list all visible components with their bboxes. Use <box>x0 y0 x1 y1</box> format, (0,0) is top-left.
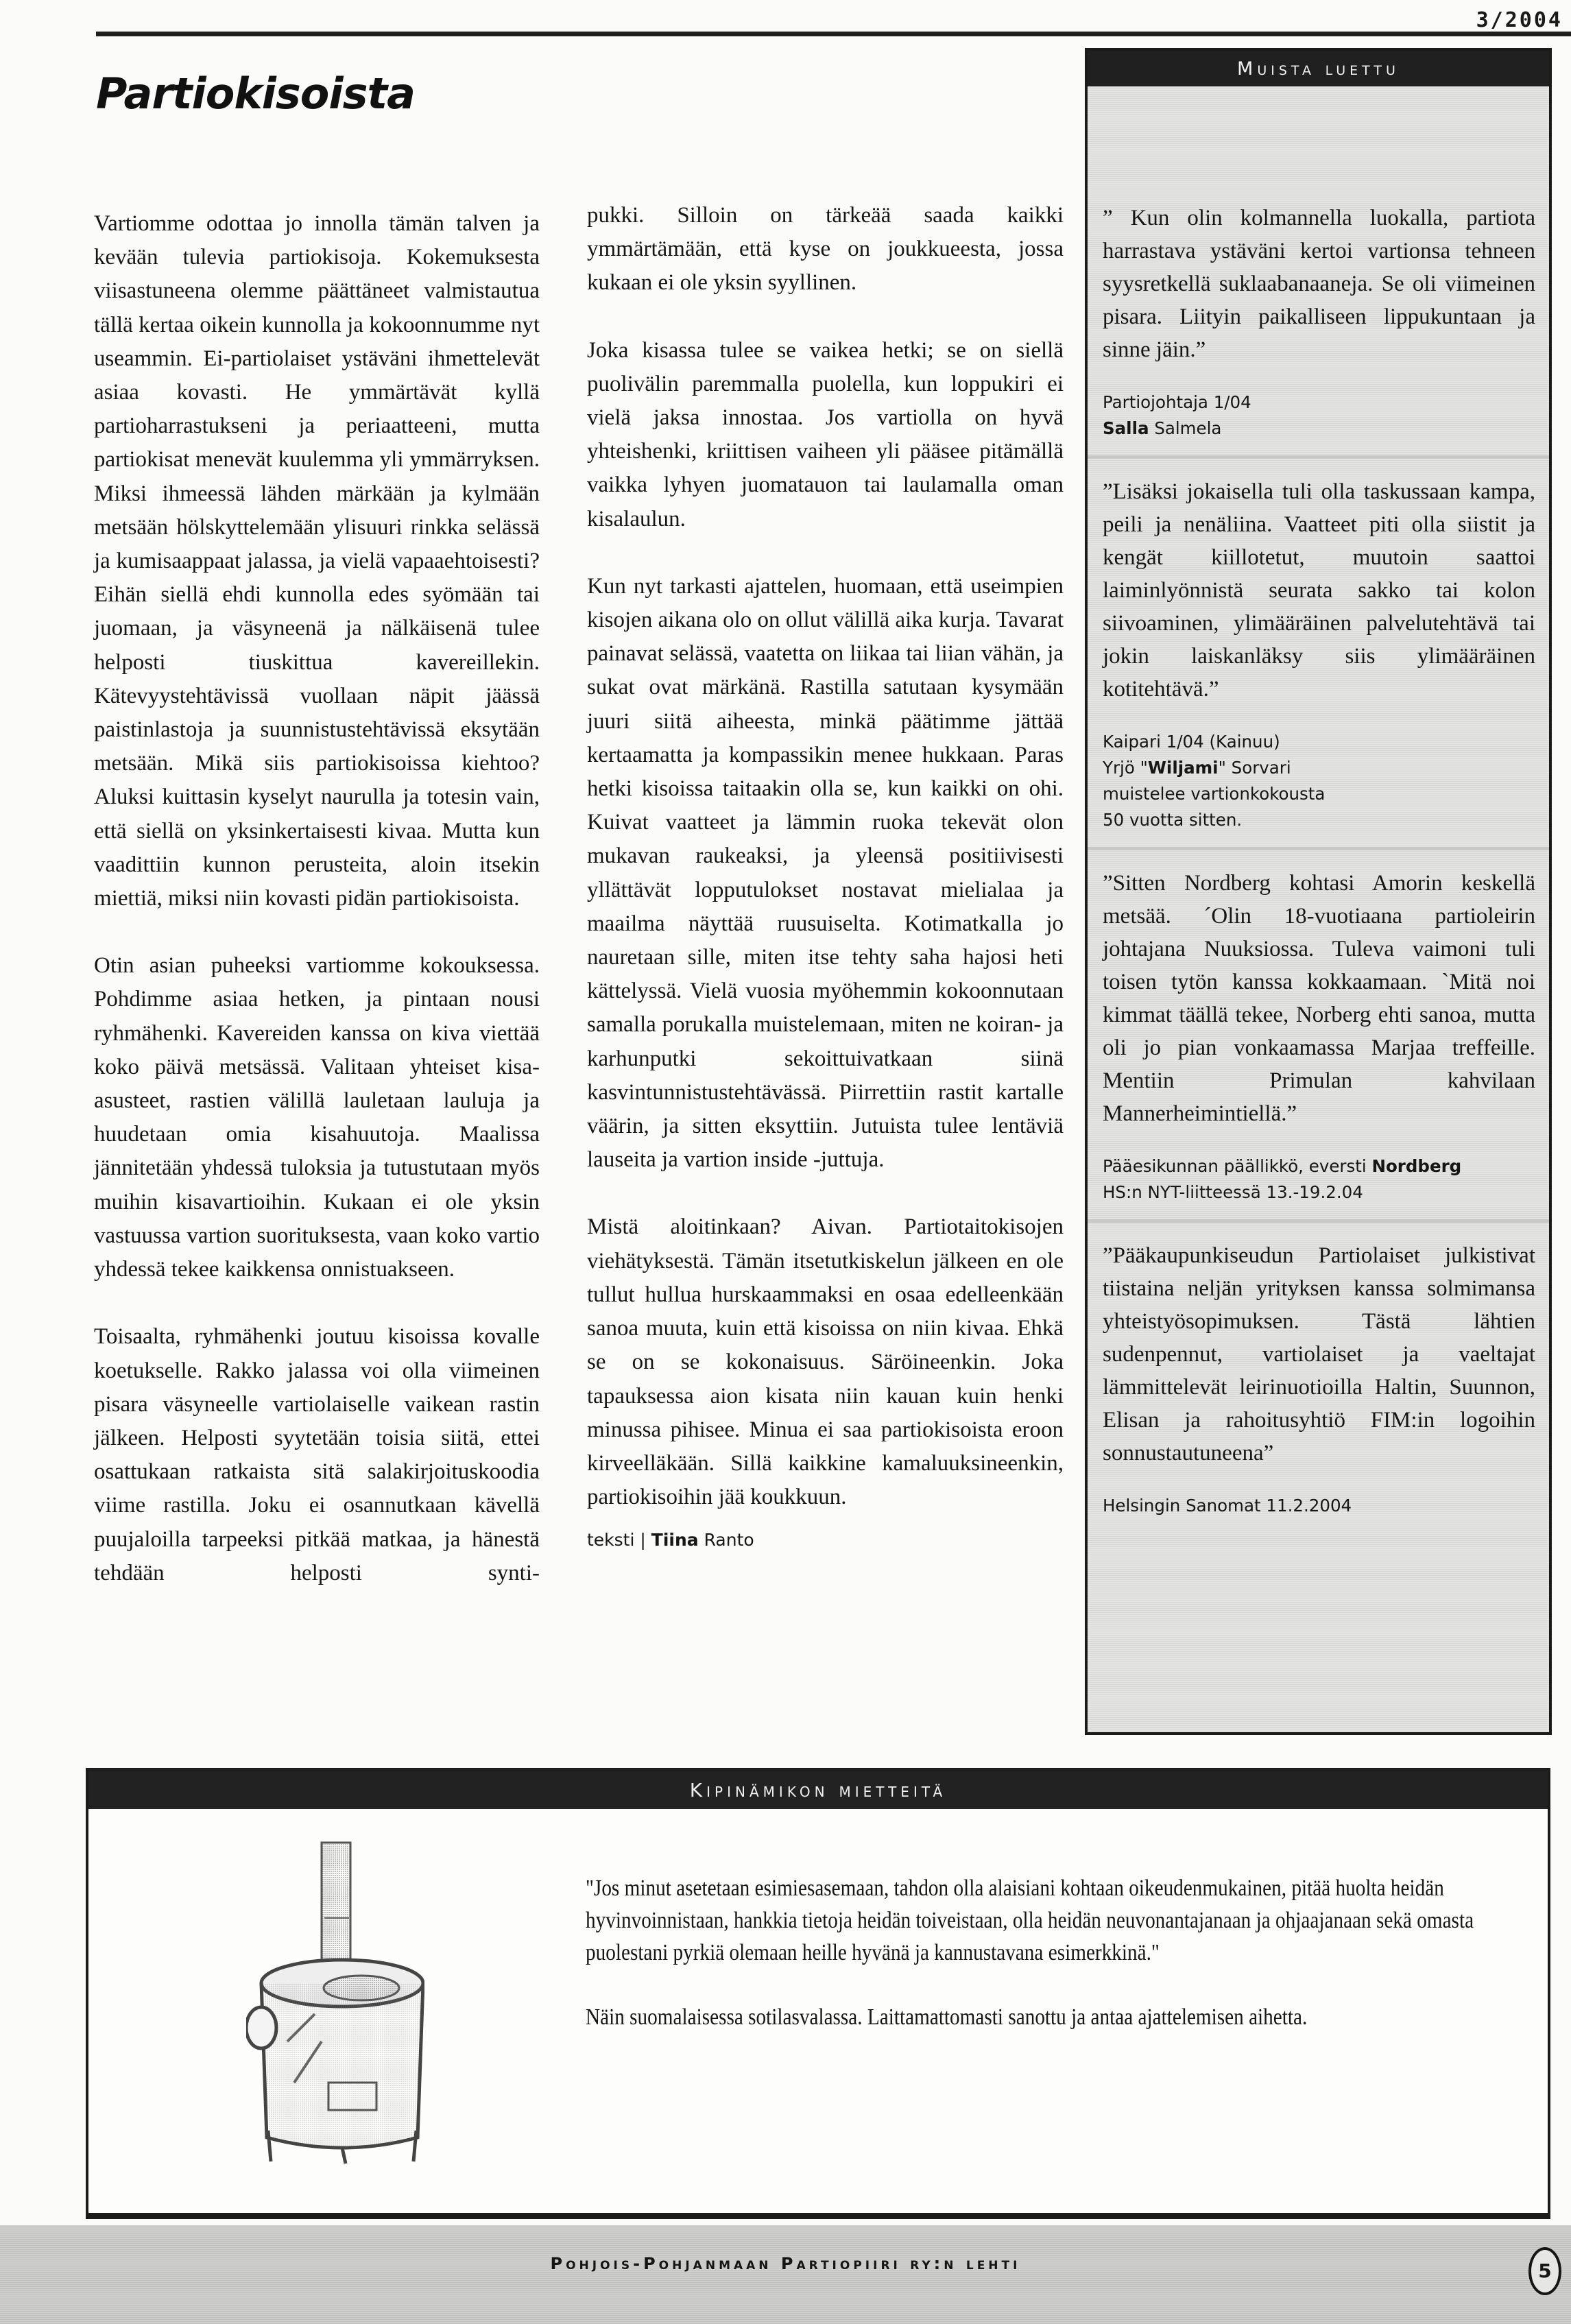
author-last-name: Ranto <box>704 1530 754 1550</box>
byline-label: teksti | <box>587 1530 646 1550</box>
source-publication: Partiojohtaja 1/04 <box>1103 392 1251 412</box>
source-name-bold: Nordberg <box>1371 1156 1461 1176</box>
source-publication: Kaipari 1/04 (Kainuu) <box>1103 732 1280 752</box>
kipinamikko-text: "Jos minut asetetaan esimiesasemaan, tah… <box>586 1872 1523 2065</box>
page-number: 5 <box>1528 2247 1561 2295</box>
article-paragraph: Otin asian puheeksi vartiomme kokouksess… <box>94 949 540 1286</box>
article-paragraph: Vartiomme odottaa jo innolla tämän talve… <box>94 207 540 915</box>
quote-source: Kaipari 1/04 (Kainuu) Yrjö "Wiljami" Sor… <box>1103 729 1535 833</box>
article-paragraph: Joka kisassa tulee se vaikea hetki; se o… <box>587 334 1064 536</box>
quote-source: Partiojohtaja 1/04 Salla Salmela <box>1103 390 1535 442</box>
kipinamikko-title: Kipinämikon mietteitä <box>88 1771 1548 1809</box>
stove-sketch-icon <box>246 1836 424 2165</box>
header-rule <box>96 32 1571 36</box>
author-first-name: Tiina <box>651 1530 699 1550</box>
sidebar-title: Muista luettu <box>1088 51 1549 86</box>
kipinamikko-comment: Näin suomalaisessa sotilasvalassa. Laitt… <box>586 2001 1523 2033</box>
source-publication: Helsingin Sanomat 11.2.2004 <box>1103 1496 1352 1516</box>
source-name: " Sorvari <box>1219 758 1291 778</box>
issue-number: 3/2004 <box>1476 8 1563 32</box>
sidebar-muista-luettu: Muista luettu ” Kun olin kolmannella luo… <box>1085 48 1552 1735</box>
quote-text: ”Pääkaupunkiseudun Partiolaiset julkisti… <box>1103 1239 1535 1470</box>
source-note: muistelee vartionkokousta <box>1103 784 1325 804</box>
article-paragraph: Toisaalta, ryhmähenki joutuu kisoissa ko… <box>94 1320 540 1590</box>
kipinamikko-box: Kipinämikon mietteitä "Jos minut aseteta… <box>86 1768 1550 2219</box>
source-name-bold: Salla <box>1103 418 1149 438</box>
article-column-2: pukki. Silloin on tärkeää saada kaikki y… <box>587 199 1064 1554</box>
source-publication: HS:n NYT-liitteessä 13.-19.2.04 <box>1103 1182 1363 1202</box>
source-name: Pääesikunnan päällikkö, eversti <box>1103 1156 1367 1176</box>
sidebar-quote: ”Lisäksi jokaisella tuli olla taskussaan… <box>1088 455 1549 847</box>
quote-text: ”Sitten Nordberg kohtasi Amorin keskellä… <box>1103 867 1535 1130</box>
kipinamikko-quote: "Jos minut asetetaan esimiesasemaan, tah… <box>586 1872 1523 1969</box>
article-paragraph: pukki. Silloin on tärkeää saada kaikki y… <box>587 199 1064 300</box>
quote-text: ” Kun olin kolmannella luokalla, partiot… <box>1103 202 1535 366</box>
article-paragraph: Kun nyt tarkasti ajattelen, huomaan, ett… <box>587 570 1064 1177</box>
page-footer: Pohjois-Pohjanmaan Partiopiiri ry:n leht… <box>0 2225 1571 2324</box>
article-column-1: Vartiomme odottaa jo innolla tämän talve… <box>94 207 540 1624</box>
article-title: Partiokisoista <box>96 69 415 119</box>
publication-name: Pohjois-Pohjanmaan Partiopiiri ry:n leht… <box>0 2254 1571 2273</box>
quote-source: Helsingin Sanomat 11.2.2004 <box>1103 1493 1535 1519</box>
source-note: 50 vuotta sitten. <box>1103 810 1242 830</box>
article-paragraph: Mistä aloitinkaan? Aivan. Partiotaitokis… <box>587 1210 1064 1514</box>
quote-text: ”Lisäksi jokaisella tuli olla taskussaan… <box>1103 475 1535 706</box>
sidebar-quote: ”Sitten Nordberg kohtasi Amorin keskellä… <box>1088 847 1549 1219</box>
quote-source: Pääesikunnan päällikkö, eversti Nordberg… <box>1103 1153 1535 1206</box>
sidebar-quote: ” Kun olin kolmannella luokalla, partiot… <box>1088 86 1549 455</box>
source-name: Salmela <box>1154 418 1221 438</box>
byline: teksti | Tiina Ranto <box>587 1526 1064 1554</box>
source-name: Yrjö " <box>1103 758 1148 778</box>
source-name-bold: Wiljami <box>1148 758 1219 778</box>
sidebar-quote: ”Pääkaupunkiseudun Partiolaiset julkisti… <box>1088 1219 1549 1533</box>
